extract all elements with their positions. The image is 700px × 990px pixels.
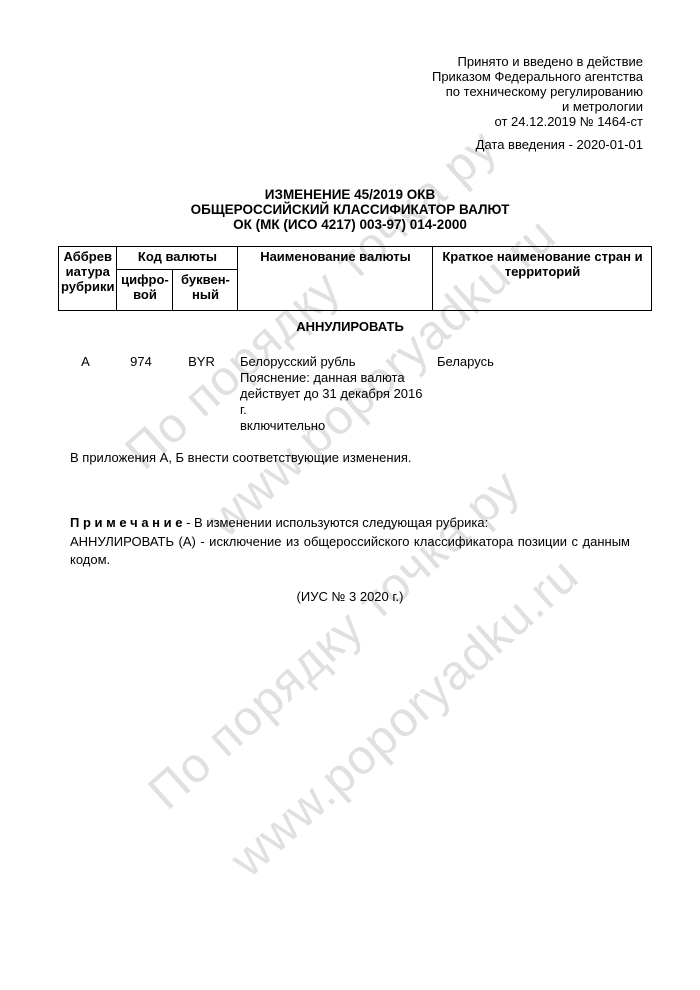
header-cell-numeric-code: цифро- вой bbox=[117, 270, 173, 311]
watermark-site-url: www.poporyadku.ru bbox=[192, 519, 618, 918]
note-definition-line: АННУЛИРОВАТЬ (А) - исключение из общерос… bbox=[70, 533, 630, 552]
watermark-site-name: По порядку точка ру bbox=[122, 441, 548, 840]
header-cell-countries: Краткое наименование стран и территорий bbox=[433, 247, 652, 311]
header-cell-rubric: Аббрев иатура рубрики bbox=[59, 247, 117, 311]
approval-line: и метрологии bbox=[432, 99, 643, 114]
currency-name-line: Белорусский рубль bbox=[240, 354, 430, 370]
ius-reference: (ИУС № 3 2020 г.) bbox=[70, 589, 630, 604]
header-countries-line: территорий bbox=[435, 264, 649, 279]
title-line-change: ИЗМЕНЕНИЕ 45/2019 ОКВ bbox=[0, 187, 700, 202]
approval-line: Приказом Федерального агентства bbox=[432, 69, 643, 84]
section-heading-annul: АННУЛИРОВАТЬ bbox=[0, 319, 700, 334]
entry-currency-name: Белорусский рубль Пояснение: данная валю… bbox=[234, 354, 430, 434]
classifier-header-table: Аббрев иатура рубрики Код валюты Наимено… bbox=[58, 246, 652, 311]
watermark-upper: По порядку точка ру www.poporyadku.ru bbox=[99, 101, 595, 578]
currency-name-line: включительно bbox=[240, 418, 430, 434]
header-cell-currency-code: Код валюты bbox=[117, 247, 238, 270]
note-paragraph: П р и м е ч а н и е - В изменении исполь… bbox=[70, 514, 630, 570]
entry-countries: Беларусь bbox=[430, 354, 648, 434]
approval-line: по техническому регулированию bbox=[432, 84, 643, 99]
header-cell-currency-name: Наименование валюты bbox=[238, 247, 433, 311]
header-letter-line: буквен- bbox=[175, 272, 235, 287]
header-cell-letter-code: буквен- ный bbox=[173, 270, 238, 311]
header-rubric-line: Аббрев bbox=[61, 249, 114, 264]
note-definition-tail: кодом. bbox=[70, 551, 630, 570]
note-first-line: П р и м е ч а н и е - В изменении исполь… bbox=[70, 514, 630, 533]
introduction-date: Дата введения - 2020-01-01 bbox=[476, 137, 643, 152]
table-header-row-top: Аббрев иатура рубрики Код валюты Наимено… bbox=[59, 247, 652, 270]
document-page: По порядку точка ру www.poporyadku.ru По… bbox=[0, 0, 700, 990]
currency-name-line: Пояснение: данная валюта bbox=[240, 370, 430, 386]
appendix-note: В приложения А, Б внести соответствующие… bbox=[70, 450, 412, 465]
entry-letter-code: BYR bbox=[169, 354, 234, 434]
title-line-classifier: ОБЩЕРОССИЙСКИЙ КЛАССИФИКАТОР ВАЛЮТ bbox=[0, 202, 700, 217]
document-title: ИЗМЕНЕНИЕ 45/2019 ОКВ ОБЩЕРОССИЙСКИЙ КЛА… bbox=[0, 187, 700, 232]
header-rubric-line: рубрики bbox=[61, 279, 114, 294]
entry-numeric-code: 974 bbox=[113, 354, 169, 434]
approval-block: Принято и введено в действие Приказом Фе… bbox=[432, 54, 643, 129]
header-numeric-line: вой bbox=[119, 287, 170, 302]
approval-line: Принято и введено в действие bbox=[432, 54, 643, 69]
note-intro-text: - В изменении используются следующая руб… bbox=[186, 515, 488, 530]
header-letter-line: ный bbox=[175, 287, 235, 302]
header-numeric-line: цифро- bbox=[119, 272, 170, 287]
currency-name-line: действует до 31 декабря 2016 г. bbox=[240, 386, 430, 418]
entry-rubric: А bbox=[58, 354, 113, 434]
header-countries-line: Краткое наименование стран и bbox=[435, 249, 649, 264]
approval-line: от 24.12.2019 № 1464-ст bbox=[432, 114, 643, 129]
header-rubric-line: иатура bbox=[61, 264, 114, 279]
title-line-code: ОК (МК (ИСО 4217) 003-97) 014-2000 bbox=[0, 217, 700, 232]
table-row: А 974 BYR Белорусский рубль Пояснение: д… bbox=[58, 354, 648, 434]
note-label: П р и м е ч а н и е bbox=[70, 515, 182, 530]
watermark-lower: По порядку точка ру www.poporyadku.ru bbox=[122, 441, 618, 918]
